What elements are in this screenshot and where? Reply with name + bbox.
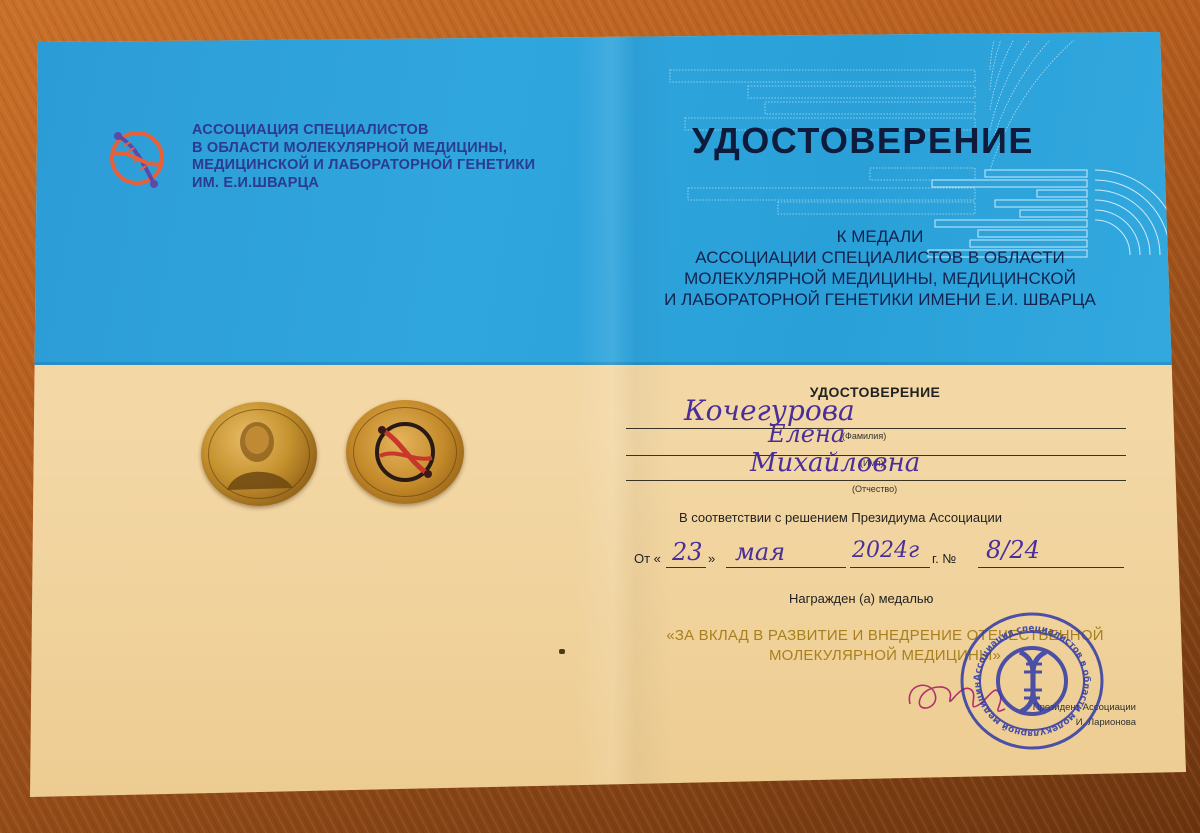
patronymic-value: Михайловна [750,448,920,478]
surname-caption: (Фамилия) [842,431,886,441]
date-close-quote: » [708,551,715,566]
medal-portrait-image [201,402,317,506]
portrait-icon [201,402,317,506]
decision-text: В соответствии с решением Президиума Асс… [679,510,1002,525]
surname-line [626,428,1126,429]
first-name-value: Елена [768,420,845,448]
awarded-text: Награжден (а) медалью [789,591,933,606]
number-label: г. № [932,551,956,566]
year-line [850,567,930,568]
date-day: 23 [672,538,703,566]
date-month: мая [735,538,785,566]
month-line [726,567,846,568]
date-prefix: От « [634,551,661,566]
dust-speck [559,649,565,654]
certificate-paper: АССОЦИАЦИЯ СПЕЦИАЛИСТОВ В ОБЛАСТИ МОЛЕКУ… [0,0,1200,833]
dna-medal-icon [346,400,464,504]
day-line [666,567,706,568]
decision-number: 8/24 [986,536,1040,564]
svg-text:Ассоциация специалистов в обла: Ассоциация специалистов в области молеку… [958,610,1092,738]
association-stamp: Ассоциация специалистов в области молеку… [958,610,1106,752]
patronymic-line [626,480,1126,481]
date-year: 2024г [852,538,919,563]
patronymic-caption: (Отчество) [852,484,897,494]
medal-dna-image [346,400,464,504]
number-line [978,567,1124,568]
stamp-ring-text: Ассоциация специалистов в области молеку… [958,610,1092,738]
